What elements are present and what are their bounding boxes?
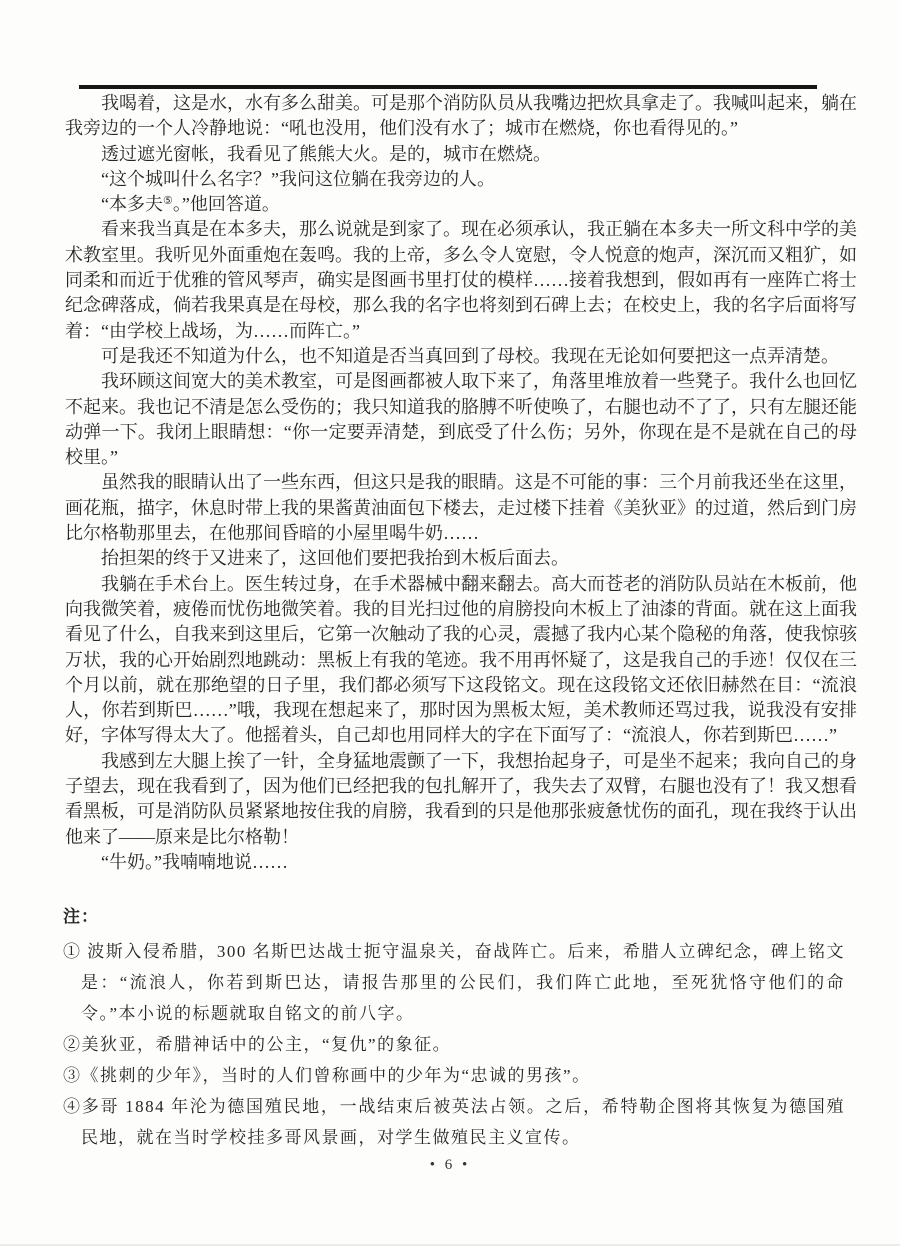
footnote-reference: ⑤ xyxy=(163,195,173,207)
story-paragraph: 看来我当真是在本多夫，那么说就是到家了。现在必须承认，我正躺在本多夫一所文科中学… xyxy=(65,217,857,343)
footnote: ②美狄亚，希腊神话中的公主，“复仇”的象征。 xyxy=(63,1029,845,1060)
footnote-marker: ② xyxy=(63,1035,82,1054)
footnote: ③《挑刺的少年》，当时的人们曾称画中的少年为“忠诚的男孩”。 xyxy=(63,1060,845,1091)
paragraph-text: 。”他回答道。 xyxy=(173,194,280,214)
story-paragraph: 我环顾这间宽大的美术教室，可是图画都被人取下来了，角落里堆放着一些凳子。我什么也… xyxy=(65,369,857,470)
story-paragraph: 我喝着，这是水，水有多么甜美。可是那个消防队员从我嘴边把炊具拿走了。我喊叫起来，… xyxy=(65,91,857,142)
story-paragraph: “牛奶。”我喃喃地说…… xyxy=(65,850,857,875)
story-paragraph: 抬担架的终于又进来了，这回他们要把我抬到木板后面去。 xyxy=(65,546,857,571)
footnote-marker: ③ xyxy=(63,1066,82,1085)
story-paragraph: “这个城叫什么名字？”我问这位躺在我旁边的人。 xyxy=(65,167,857,192)
footnotes-section: 注： ① 波斯入侵希腊，300 名斯巴达战士扼守温泉关，奋战阵亡。后来，希腊人立… xyxy=(63,901,845,1153)
story-paragraph: “本多夫⑤。”他回答道。 xyxy=(65,192,857,217)
story-paragraph: 我感到左大腿上挨了一针，全身猛地震颤了一下，我想抬起身子，可是坐不起来；我向自己… xyxy=(65,749,857,850)
header-rule xyxy=(79,85,817,89)
story-paragraph: 我躺在手术台上。医生转过身，在手术器械中翻来翻去。高大而苍老的消防队员站在木板前… xyxy=(65,572,857,749)
footnote: ④多哥 1884 年沦为德国殖民地，一战结束后被英法占领。之后，希特勒企图将其恢… xyxy=(63,1091,845,1153)
story-paragraph: 透过遮光窗帐，我看见了熊熊大火。是的，城市在燃烧。 xyxy=(65,142,857,167)
footnote-text: 《挑刺的少年》，当时的人们曾称画中的少年为“忠诚的男孩”。 xyxy=(82,1066,591,1085)
footnotes-label: 注： xyxy=(63,901,845,932)
footnote-marker: ① xyxy=(63,942,82,961)
footnote-marker: ④ xyxy=(63,1097,82,1116)
footnote-text: 美狄亚，希腊神话中的公主，“复仇”的象征。 xyxy=(82,1035,452,1054)
document-page: 我喝着，这是水，水有多么甜美。可是那个消防队员从我嘴边把炊具拿走了。我喊叫起来，… xyxy=(0,0,900,1246)
page-number: • 6 • xyxy=(0,1157,900,1174)
story-paragraph: 可是我还不知道为什么，也不知道是否当真回到了母校。我现在无论如何要把这一点弄清楚… xyxy=(65,344,857,369)
footnote-text: 波斯入侵希腊，300 名斯巴达战士扼守温泉关，奋战阵亡。后来，希腊人立碑纪念，碑… xyxy=(81,942,845,1023)
story-paragraph: 虽然我的眼睛认出了一些东西，但这只是我的眼睛。这是不可能的事：三个月前我还坐在这… xyxy=(65,470,857,546)
footnote: ① 波斯入侵希腊，300 名斯巴达战士扼守温泉关，奋战阵亡。后来，希腊人立碑纪念… xyxy=(63,936,845,1029)
story-body: 我喝着，这是水，水有多么甜美。可是那个消防队员从我嘴边把炊具拿走了。我喊叫起来，… xyxy=(65,91,857,905)
footnote-text: 多哥 1884 年沦为德国殖民地，一战结束后被英法占领。之后，希特勒企图将其恢复… xyxy=(81,1097,845,1147)
paragraph-text: “本多夫 xyxy=(101,194,163,214)
